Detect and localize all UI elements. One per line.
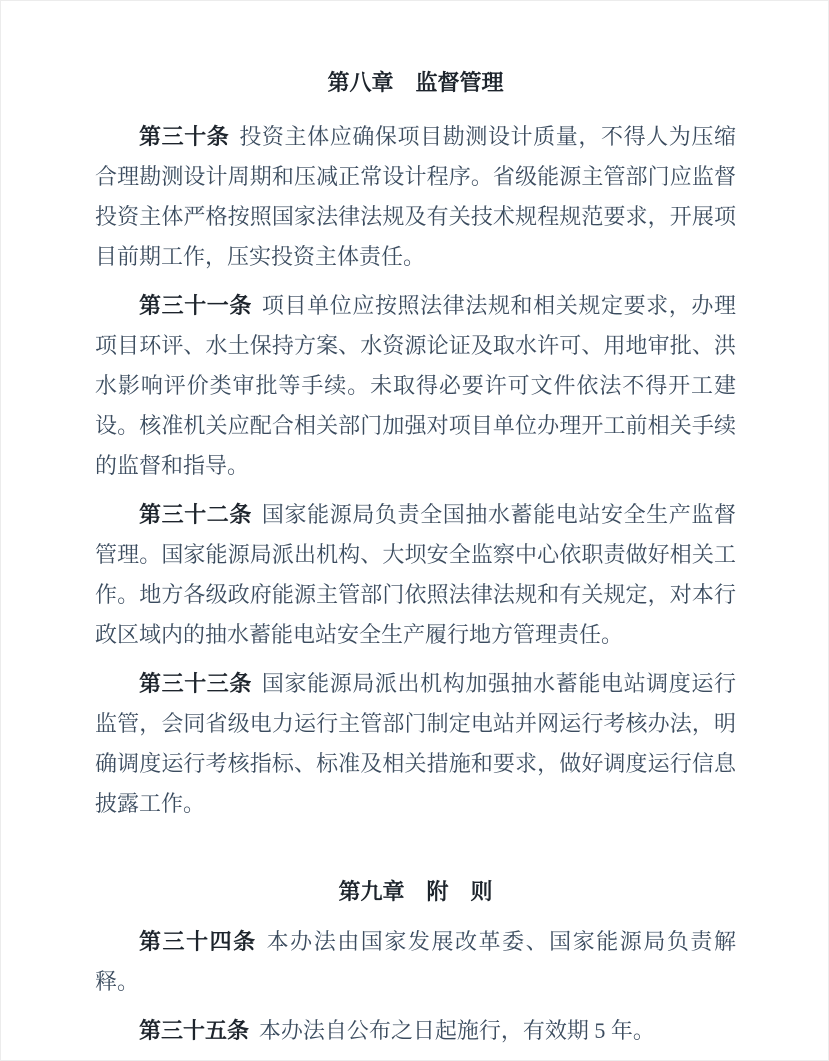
article-30-label: 第三十条 bbox=[139, 124, 229, 149]
article-31-paragraph: 第三十一条项目单位应按照法律法规和相关规定要求，办理项目环评、水土保持方案、水资… bbox=[95, 286, 736, 486]
article-35-paragraph: 第三十五条本办法自公布之日起施行，有效期 5 年。 bbox=[95, 1011, 736, 1051]
article-33-paragraph: 第三十三条国家能源局派出机构加强抽水蓄能电站调度运行监管，会同省级电力运行主管部… bbox=[95, 664, 736, 824]
article-30-paragraph: 第三十条投资主体应确保项目勘测设计质量，不得人为压缩合理勘测设计周期和压减正常设… bbox=[95, 117, 736, 277]
article-34-label: 第三十四条 bbox=[139, 929, 257, 954]
article-35-text: 本办法自公布之日起施行，有效期 5 年。 bbox=[259, 1018, 655, 1043]
article-32-label: 第三十二条 bbox=[139, 502, 252, 527]
chapter-8-heading: 第八章 监督管理 bbox=[95, 63, 736, 103]
document-page: 第八章 监督管理 第三十条投资主体应确保项目勘测设计质量，不得人为压缩合理勘测设… bbox=[0, 0, 829, 1061]
article-33-label: 第三十三条 bbox=[139, 671, 252, 696]
article-32-paragraph: 第三十二条国家能源局负责全国抽水蓄能电站安全生产监督管理。国家能源局派出机构、大… bbox=[95, 495, 736, 655]
article-35-label: 第三十五条 bbox=[139, 1018, 249, 1043]
article-34-paragraph: 第三十四条本办法由国家发展改革委、国家能源局负责解释。 bbox=[95, 922, 736, 1002]
article-31-text: 项目单位应按照法律法规和相关规定要求，办理项目环评、水土保持方案、水资源论证及取… bbox=[95, 293, 736, 478]
chapter-9-heading: 第九章 附 则 bbox=[95, 872, 736, 912]
article-31-label: 第三十一条 bbox=[139, 293, 252, 318]
